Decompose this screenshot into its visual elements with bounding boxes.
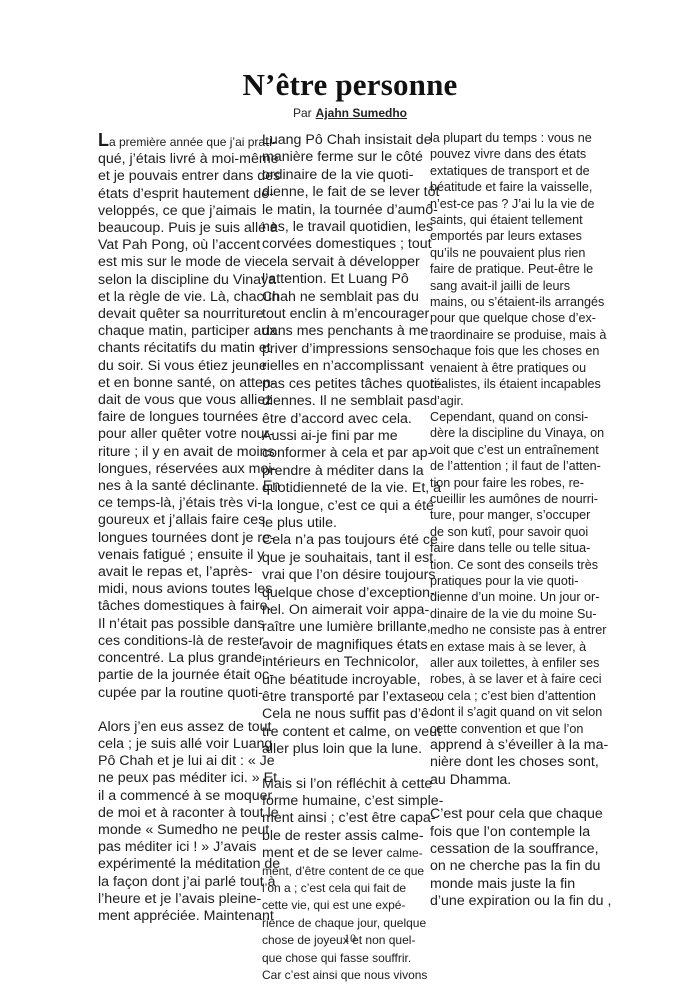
text-line: diennes. Il ne semblait pas: [262, 393, 422, 410]
text-line: de son kutî, pour savoir quoi: [430, 524, 600, 540]
text-line: pas méditer ici ! » J’avais: [98, 839, 256, 856]
text-line: traordinaire se produise, mais à: [430, 327, 600, 343]
text-line: expérimenté la méditation de: [98, 856, 256, 873]
text-line: forme humaine, c’est simple-: [262, 793, 422, 810]
text-line: beaucoup. Puis je suis allé à: [98, 220, 256, 237]
text-line: dère la discipline du Vinaya, on: [430, 425, 600, 441]
text-line: la plupart du temps : vous ne: [430, 130, 600, 146]
text-line: priver d’impressions senso-: [262, 341, 422, 358]
text-line: béatitude et faire la vaisselle,: [430, 179, 600, 195]
paragraph-gap: [430, 789, 600, 806]
text-line: corvées domestiques ; tout: [262, 236, 422, 253]
byline-prefix: Par: [293, 106, 312, 120]
text-line: cette vie, qui est une expé-: [262, 897, 422, 914]
text-line: concentré. La plus grande: [98, 650, 256, 667]
text-line: robes, à se laver et à faire ceci: [430, 671, 600, 687]
text-line: pour que quelque chose d’ex-: [430, 310, 600, 326]
text-line: cela ; je suis allé voir Luang: [98, 736, 256, 753]
text-line: tâches domestiques à faire.: [98, 598, 256, 615]
text-line: cueillir les aumônes de nourri-: [430, 491, 600, 507]
text-line: quelque chose d’exception-: [262, 585, 422, 602]
text-line: faire dans telle ou telle situa-: [430, 540, 600, 556]
text-line: fois que l’on contemple la: [430, 824, 600, 841]
page-number: 10: [0, 931, 700, 946]
text-line: dans mes penchants à me: [262, 323, 422, 340]
text-line: être d’accord avec cela.: [262, 411, 422, 428]
text-line: avait le repas et, l’après-: [98, 564, 256, 581]
text-line: ces conditions-là de rester: [98, 633, 256, 650]
text-line: Cependant, quand on consi-: [430, 409, 600, 425]
text-line: apprend à s’éveiller à la ma-: [430, 737, 600, 754]
text-line: l’heure et je l’avais pleine-: [98, 891, 256, 908]
text-line: sang avait-il jailli de leurs: [430, 278, 600, 294]
text-column-2: Luang Pô Chah insistait de manière ferme…: [262, 132, 422, 985]
paragraph-gap: [262, 759, 422, 776]
text-line: Pô Chah et je lui ai dit : « Je: [98, 753, 256, 770]
text-line: qué, j’étais livré à moi-même: [98, 151, 256, 168]
text-line: conformer à cela et par ap-: [262, 445, 422, 462]
text-line: Mais si l’on réfléchit à cette: [262, 776, 422, 793]
text-line: d’une expiration ou la fin du ,: [430, 893, 600, 910]
text-line: veloppés, ce que j’aimais: [98, 203, 256, 220]
text-line: n’est-ce pas ? J’ai lu la vie de: [430, 196, 600, 212]
text-line: tion pour faire les robes, re-: [430, 475, 600, 491]
text-line: avoir de magnifiques états: [262, 637, 422, 654]
text-segment: ment et de se lever: [262, 845, 387, 861]
text-line: au Dhamma.: [430, 772, 600, 789]
text-line: Chah ne semblait pas du: [262, 289, 422, 306]
text-line: rielles en n’accomplissant: [262, 358, 422, 375]
text-line: et en bonne santé, on atten-: [98, 375, 256, 392]
text-line: dienne, le fait de se lever tôt: [262, 184, 422, 201]
text-column-1: La première année que j’ai prati- qué, j…: [98, 132, 256, 925]
text-line: monde mais juste la fin: [430, 876, 600, 893]
first-line-text: a première année que j’ai pra: [109, 135, 265, 149]
text-line: ou cela ; c’est bien d’attention: [430, 688, 600, 704]
text-line: que je souhaitais, tant il est: [262, 550, 422, 567]
text-line: Cela n’a pas toujours été ce: [262, 532, 422, 549]
text-line: Il n’était pas possible dans: [98, 616, 256, 633]
text-line: vrai que l’on désire toujours: [262, 567, 422, 584]
text-line: nière dont les choses sont,: [430, 754, 600, 771]
text-line: le matin, la tournée d’aumô-: [262, 202, 422, 219]
text-line: goureux et j’allais faire ces: [98, 512, 256, 529]
text-line: midi, nous avions toutes les: [98, 581, 256, 598]
text-line: ne peux pas méditer ici. » Et: [98, 770, 256, 787]
text-line: dienne d’un moine. Un jour or-: [430, 589, 600, 605]
text-line: réalistes, ils étaient incapables: [430, 376, 600, 392]
drop-cap: L: [98, 130, 109, 150]
text-line: ment ainsi ; c’est être capa-: [262, 810, 422, 827]
text-line: Alors j’en eus assez de tout: [98, 719, 256, 736]
author-link[interactable]: Ajahn Sumedho: [316, 106, 407, 120]
text-line: ordinaire de la vie quoti-: [262, 167, 422, 184]
text-line: ment appréciée. Maintenant: [98, 908, 256, 925]
text-line: medho ne consiste pas à entrer: [430, 622, 600, 638]
text-line: nel. On aimerait voir appa-: [262, 602, 422, 619]
byline: ParAjahn Sumedho: [0, 106, 700, 120]
text-line: cessation de la souffrance,: [430, 841, 600, 858]
text-line: dait de vous que vous alliez: [98, 392, 256, 409]
text-line: l’attention. Et Luang Pô: [262, 271, 422, 288]
text-line: tion. Ce sont des conseils très: [430, 557, 600, 573]
text-line: cela servait à développer: [262, 254, 422, 271]
text-line: Aussi ai-je fini par me: [262, 428, 422, 445]
text-column-3: la plupart du temps : vous ne pouvez viv…: [430, 130, 600, 911]
text-line: C’est pour cela que chaque: [430, 806, 600, 823]
text-line: emportés par leurs extases: [430, 228, 600, 244]
text-line: chaque matin, participer aux: [98, 323, 256, 340]
text-line: extatiques de transport et de: [430, 163, 600, 179]
text-line: raître une lumière brillante,: [262, 619, 422, 636]
text-line: chaque fois que les choses en: [430, 343, 600, 359]
text-line: cupée par la routine quoti-: [98, 685, 256, 702]
text-line: ment et de se lever calme-: [262, 845, 422, 862]
text-line: saints, qui étaient tellement: [430, 212, 600, 228]
text-line: Car c’est ainsi que nous vivons: [262, 967, 422, 984]
text-line: aller plus loin que la lune.: [262, 741, 422, 758]
text-line: tout enclin à m’encourager: [262, 306, 422, 323]
text-line: aller aux toilettes, à enfiler ses: [430, 655, 600, 671]
text-line: dont il s’agit quand on vit selon: [430, 704, 600, 720]
text-line: cette convention et que l’on: [430, 721, 600, 737]
text-line: selon la discipline du Vinaya: [98, 272, 256, 289]
text-line: nes, le travail quotidien, les: [262, 219, 422, 236]
text-line: l’on a ; c’est cela qui fait de: [262, 880, 422, 897]
text-line: monde « Sumedho ne peut: [98, 822, 256, 839]
text-line: la longue, c’est ce qui a été: [262, 498, 422, 515]
text-line: pas ces petites tâches quoti-: [262, 376, 422, 393]
text-line: on ne cherche pas la fin du: [430, 858, 600, 875]
text-line: ble de rester assis calme-: [262, 828, 422, 845]
text-line: riture ; il y en avait de moins: [98, 444, 256, 461]
text-line: longues, réservées aux moi-: [98, 461, 256, 478]
text-line: en extase mais à se lever, à: [430, 639, 600, 655]
text-line: du soir. Si vous étiez jeune: [98, 358, 256, 375]
text-line: ment, d’être content de ce que: [262, 863, 422, 880]
text-line: chants récitatifs du matin et: [98, 340, 256, 357]
text-line: ture, pour manger, s’occuper: [430, 507, 600, 523]
text-line: pouvez vivre dans des états: [430, 146, 600, 162]
text-line: une béatitude incroyable,: [262, 672, 422, 689]
text-line: la façon dont j’ai parlé tout à: [98, 874, 256, 891]
text-line: de l’attention ; il faut de l’atten-: [430, 458, 600, 474]
text-line: prendre à méditer dans la: [262, 463, 422, 480]
text-line: venaient à être pratiques ou: [430, 360, 600, 376]
text-line: longues tournées dont je re-: [98, 530, 256, 547]
text-line: que chose qui fasse souffrir.: [262, 950, 422, 967]
text-line: et la règle de vie. Là, chacun: [98, 289, 256, 306]
text-line: devait quêter sa nourriture: [98, 306, 256, 323]
text-line: tre content et calme, on veut: [262, 724, 422, 741]
text-line: être transporté par l’extase...: [262, 689, 422, 706]
text-line: faire de longues tournées: [98, 409, 256, 426]
paragraph-gap: [98, 702, 256, 719]
text-line: est mis sur le mode de vie: [98, 254, 256, 271]
text-line: Cela ne nous suffit pas d’ê-: [262, 706, 422, 723]
text-line: nes à la santé déclinante. En: [98, 478, 256, 495]
text-line: mains, ou s’étaient-ils arrangés: [430, 294, 600, 310]
text-line: pratiques pour la vie quoti-: [430, 573, 600, 589]
text-line: Vat Pah Pong, où l’accent: [98, 237, 256, 254]
text-line: manière ferme sur le côté: [262, 149, 422, 166]
text-segment-small: calme-: [387, 846, 423, 860]
text-line: qu’ils ne pouvaient plus rien: [430, 245, 600, 261]
text-line: dinaire de la vie du moine Su-: [430, 606, 600, 622]
text-line: venais fatigué ; ensuite il y: [98, 547, 256, 564]
text-line: quotidienneté de la vie. Et, à: [262, 480, 422, 497]
text-line: pour aller quêter votre nour-: [98, 426, 256, 443]
article-title: N’être personne: [0, 68, 700, 102]
text-line: rience de chaque jour, quelque: [262, 915, 422, 932]
text-line: de moi et à raconter à tout le: [98, 805, 256, 822]
text-line: ce temps-là, j’étais très vi-: [98, 495, 256, 512]
text-line: partie de la journée était oc-: [98, 667, 256, 684]
text-line: états d’esprit hautement dé-: [98, 186, 256, 203]
text-line: Luang Pô Chah insistait de: [262, 132, 422, 149]
text-line: le plus utile.: [262, 515, 422, 532]
text-line: faire de pratique. Peut-être le: [430, 261, 600, 277]
text-line: d’agir.: [430, 393, 600, 409]
text-line: voit que c’est un entraînement: [430, 442, 600, 458]
text-line: intérieurs en Technicolor,: [262, 654, 422, 671]
paragraph-first-line: La première année que j’ai prati-: [98, 132, 256, 151]
text-line: et je pouvais entrer dans des: [98, 168, 256, 185]
text-line: il a commencé à se moquer: [98, 788, 256, 805]
